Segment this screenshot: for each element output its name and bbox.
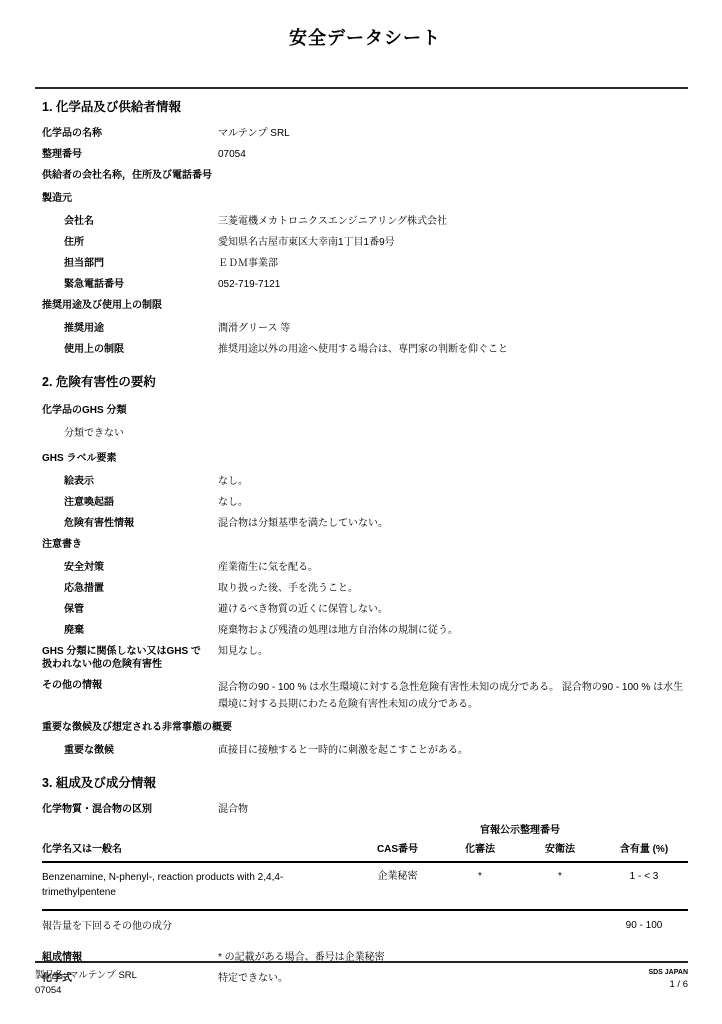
- field-value: 避けるべき物質の近くに保管しない。: [218, 603, 688, 616]
- table-cell-kashinhou: *: [440, 863, 520, 911]
- group-label-ghs-classification: 化学品のGHS 分類: [42, 404, 688, 417]
- table-cell-chemical-name: Benzenamine, N-phenyl-, reaction product…: [42, 863, 355, 911]
- field-value: 052-719-7121: [218, 278, 688, 291]
- group-label-important-symptoms: 重要な徴候及び想定される非常事態の概要: [42, 721, 688, 734]
- field-value: 産業衛生に気を配る。: [218, 561, 688, 574]
- field-value: 混合物は分類基準を満たしていない。: [218, 517, 688, 530]
- field-row-response: 応急措置 取り扱った後、手を洗うこと。: [42, 582, 688, 595]
- table-header-chemical-name: 化学名又は一般名: [42, 841, 355, 863]
- table-group-header-gazette-numbers: 官報公示整理番号: [440, 824, 600, 841]
- table-header-cas-number: CAS番号: [355, 841, 440, 863]
- group-label-precautionary-statements: 注意書き: [42, 538, 688, 551]
- footer-reference-number: 07054: [35, 983, 137, 998]
- group-label-supplier-info: 供給者の会社名称，住所及び電話番号: [42, 169, 688, 182]
- field-row-hazard-statement: 危険有害性情報 混合物は分類基準を満たしていない。: [42, 517, 688, 530]
- table-cell-content-percent: 1 - < 3: [600, 863, 688, 911]
- field-value: 愛知県名古屋市東区大幸南1丁目1番9号: [218, 236, 688, 249]
- sds-document-page: 安全データシート 1. 化学品及び供給者情報 化学品の名称 マルテンプ SRL …: [0, 0, 722, 1024]
- field-label: 保管: [42, 603, 218, 616]
- field-row-signal-word: 注意喚起語 なし。: [42, 496, 688, 509]
- field-label: 住所: [42, 236, 218, 249]
- field-value: 直接目に接触すると一時的に刺激を起こすことがある。: [218, 744, 688, 757]
- field-row-storage: 保管 避けるべき物質の近くに保管しない。: [42, 603, 688, 616]
- section-2-heading: 2. 危険有害性の要約: [42, 364, 688, 402]
- field-label: GHS 分類に関係しない又はGHS で扱われない他の危険有害性: [42, 645, 218, 671]
- field-value: 取り扱った後、手を洗うこと。: [218, 582, 688, 595]
- field-value: マルテンプ SRL: [218, 127, 688, 140]
- field-label: 使用上の制限: [42, 343, 218, 356]
- footer-page-block: SDS JAPAN 1 / 6: [648, 968, 688, 991]
- field-label: 緊急電話番号: [42, 278, 218, 291]
- field-label: 担当部門: [42, 257, 218, 270]
- group-label-manufacturer: 製造元: [42, 192, 688, 205]
- field-value: 07054: [218, 148, 688, 161]
- field-label: 重要な徴候: [42, 744, 218, 757]
- field-row-use-restriction: 使用上の制限 推奨用途以外の用途へ使用する場合は、専門家の判断を仰ぐこと: [42, 343, 688, 356]
- field-label: 応急措置: [42, 582, 218, 595]
- table-header-kashinhou: 化審法: [440, 841, 520, 863]
- table-cell-content-percent: 90 - 100: [600, 911, 688, 936]
- field-row-product-name: 化学品の名称 マルテンプ SRL: [42, 127, 688, 140]
- field-value: ＥＤＭ事業部: [218, 257, 688, 270]
- ghs-classification-value: 分類できない: [42, 427, 688, 440]
- footer-page-number: 1 / 6: [648, 978, 688, 991]
- field-label: 絵表示: [42, 475, 218, 488]
- field-label: 推奨用途: [42, 322, 218, 335]
- field-value: 混合物: [218, 803, 688, 816]
- footer-sds-region: SDS JAPAN: [648, 968, 688, 978]
- footer-product-name: 製品名: マルテンプ SRL: [35, 968, 137, 983]
- field-value: 知見なし。: [218, 645, 688, 658]
- field-value: 潤滑グリース 等: [218, 322, 688, 335]
- table-cell-cas-number: 企業秘密: [355, 863, 440, 911]
- field-row-substance-mixture: 化学物質・混合物の区別 混合物: [42, 803, 688, 816]
- page-footer: 製品名: マルテンプ SRL 07054 SDS JAPAN 1 / 6: [35, 961, 688, 998]
- field-row-prevention: 安全対策 産業衛生に気を配る。: [42, 561, 688, 574]
- group-label-recommended-use: 推奨用途及び使用上の制限: [42, 299, 688, 312]
- field-row-important-symptoms: 重要な徴候 直接目に接触すると一時的に刺激を起こすことがある。: [42, 744, 688, 757]
- table-header-content-percent: 含有量 (%): [600, 841, 688, 863]
- document-title: 安全データシート: [42, 27, 688, 49]
- field-label: 安全対策: [42, 561, 218, 574]
- field-label: 注意喚起語: [42, 496, 218, 509]
- field-row-pictogram: 絵表示 なし。: [42, 475, 688, 488]
- field-row-disposal: 廃棄 廃棄物および残渣の処理は地方自治体の規制に従う。: [42, 624, 688, 637]
- composition-table: 官報公示整理番号 化学名又は一般名 CAS番号 化審法 安衛法 含有量 (%) …: [42, 824, 688, 936]
- field-label: 会社名: [42, 215, 218, 228]
- field-row-address: 住所 愛知県名古屋市東区大幸南1丁目1番9号: [42, 236, 688, 249]
- field-label: その他の情報: [42, 679, 218, 692]
- section-1-heading: 1. 化学品及び供給者情報: [42, 89, 688, 127]
- field-value: なし。: [218, 475, 688, 488]
- field-value: なし。: [218, 496, 688, 509]
- table-cell-aneihou: *: [520, 863, 600, 911]
- field-value: 混合物の90 - 100 % は水生環境に対する急性危険有害性未知の成分である。…: [218, 679, 688, 713]
- field-label: 廃棄: [42, 624, 218, 637]
- field-value: 推奨用途以外の用途へ使用する場合は、専門家の判断を仰ぐこと: [218, 343, 688, 356]
- group-label-ghs-label-elements: GHS ラベル要素: [42, 452, 688, 465]
- field-row-other-information: その他の情報 混合物の90 - 100 % は水生環境に対する急性危険有害性未知…: [42, 679, 688, 713]
- table-header-aneihou: 安衛法: [520, 841, 600, 863]
- field-row-recommended-use: 推奨用途 潤滑グリース 等: [42, 322, 688, 335]
- field-label: 化学物質・混合物の区別: [42, 803, 218, 816]
- field-label: 化学品の名称: [42, 127, 218, 140]
- field-row-emergency-phone: 緊急電話番号 052-719-7121: [42, 278, 688, 291]
- table-cell-cas-number: [355, 911, 440, 936]
- table-cell-chemical-name: 報告量を下回るその他の成分: [42, 911, 355, 936]
- table-cell-kashinhou: [440, 911, 520, 936]
- field-row-reference-number: 整理番号 07054: [42, 148, 688, 161]
- field-value: 三菱電機メカトロニクスエンジニアリング株式会社: [218, 215, 688, 228]
- field-row-company-name: 会社名 三菱電機メカトロニクスエンジニアリング株式会社: [42, 215, 688, 228]
- field-row-department: 担当部門 ＥＤＭ事業部: [42, 257, 688, 270]
- table-cell-aneihou: [520, 911, 600, 936]
- field-label: 整理番号: [42, 148, 218, 161]
- field-label: 危険有害性情報: [42, 517, 218, 530]
- field-value: 廃棄物および残渣の処理は地方自治体の規制に従う。: [218, 624, 688, 637]
- field-row-other-hazards: GHS 分類に関係しない又はGHS で扱われない他の危険有害性 知見なし。: [42, 645, 688, 671]
- footer-product-block: 製品名: マルテンプ SRL 07054: [35, 968, 137, 998]
- section-3-heading: 3. 組成及び成分情報: [42, 765, 688, 803]
